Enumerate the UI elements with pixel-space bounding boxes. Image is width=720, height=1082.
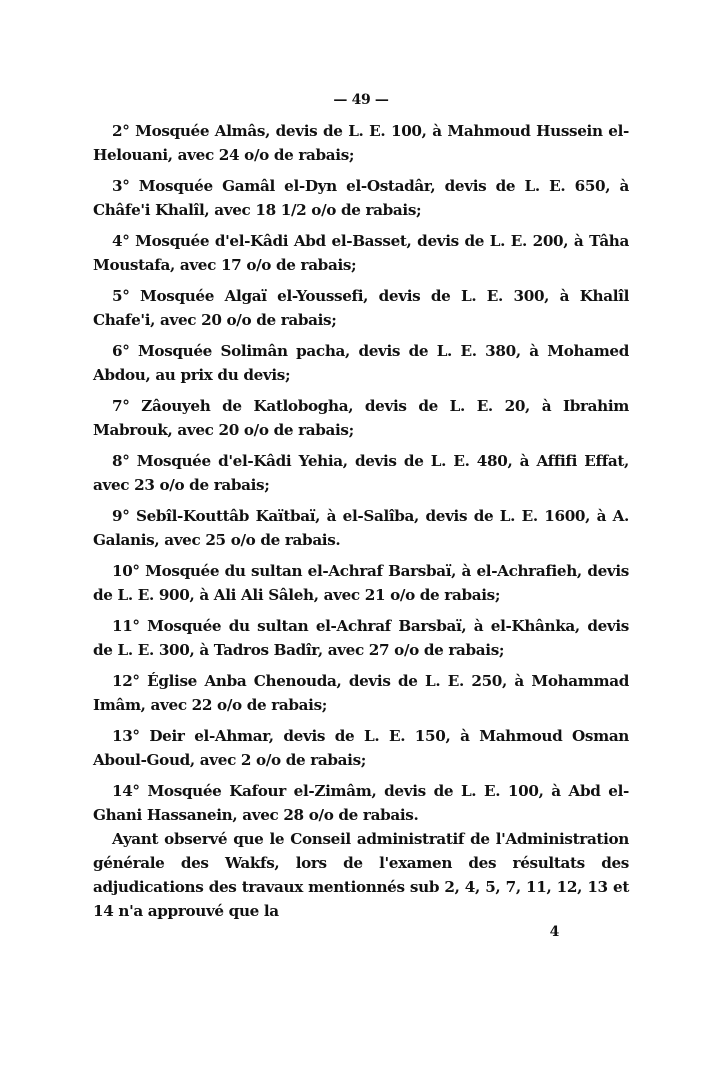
list-item: 13° Deir el-Ahmar, devis de L. E. 150, à… (93, 724, 629, 772)
list-item: 14° Mosquée Kafour el-Zimâm, devis de L.… (93, 779, 629, 827)
signature-mark: 4 (93, 920, 629, 944)
document-page: — 49 — 2° Mosquée Almâs, devis de L. E. … (93, 88, 629, 944)
list-item: 4° Mosquée d'el-Kâdi Abd el-Basset, devi… (93, 229, 629, 277)
page-number: — 49 — (93, 88, 629, 112)
list-item: 3° Mosquée Gamâl el-Dyn el-Ostadâr, devi… (93, 174, 629, 222)
list-item: 8° Mosquée d'el-Kâdi Yehia, devis de L. … (93, 449, 629, 497)
list-item: 6° Mosquée Solimân pacha, devis de L. E.… (93, 339, 629, 387)
list-item: 10° Mosquée du sultan el-Achraf Barsbaï,… (93, 559, 629, 607)
list-item: 12° Église Anba Chenouda, devis de L. E.… (93, 669, 629, 717)
list-item: 2° Mosquée Almâs, devis de L. E. 100, à … (93, 119, 629, 167)
list-item: 11° Mosquée du sultan el-Achraf Barsbaï,… (93, 614, 629, 662)
list-item: 5° Mosquée Algaï el-Youssefi, devis de L… (93, 284, 629, 332)
list-item: 9° Sebîl-Kouttâb Kaïtbaï, à el-Salîba, d… (93, 504, 629, 552)
closing-paragraph: Ayant observé que le Conseil administrat… (93, 827, 629, 923)
list-item: 7° Zâouyeh de Katlobogha, devis de L. E.… (93, 394, 629, 442)
